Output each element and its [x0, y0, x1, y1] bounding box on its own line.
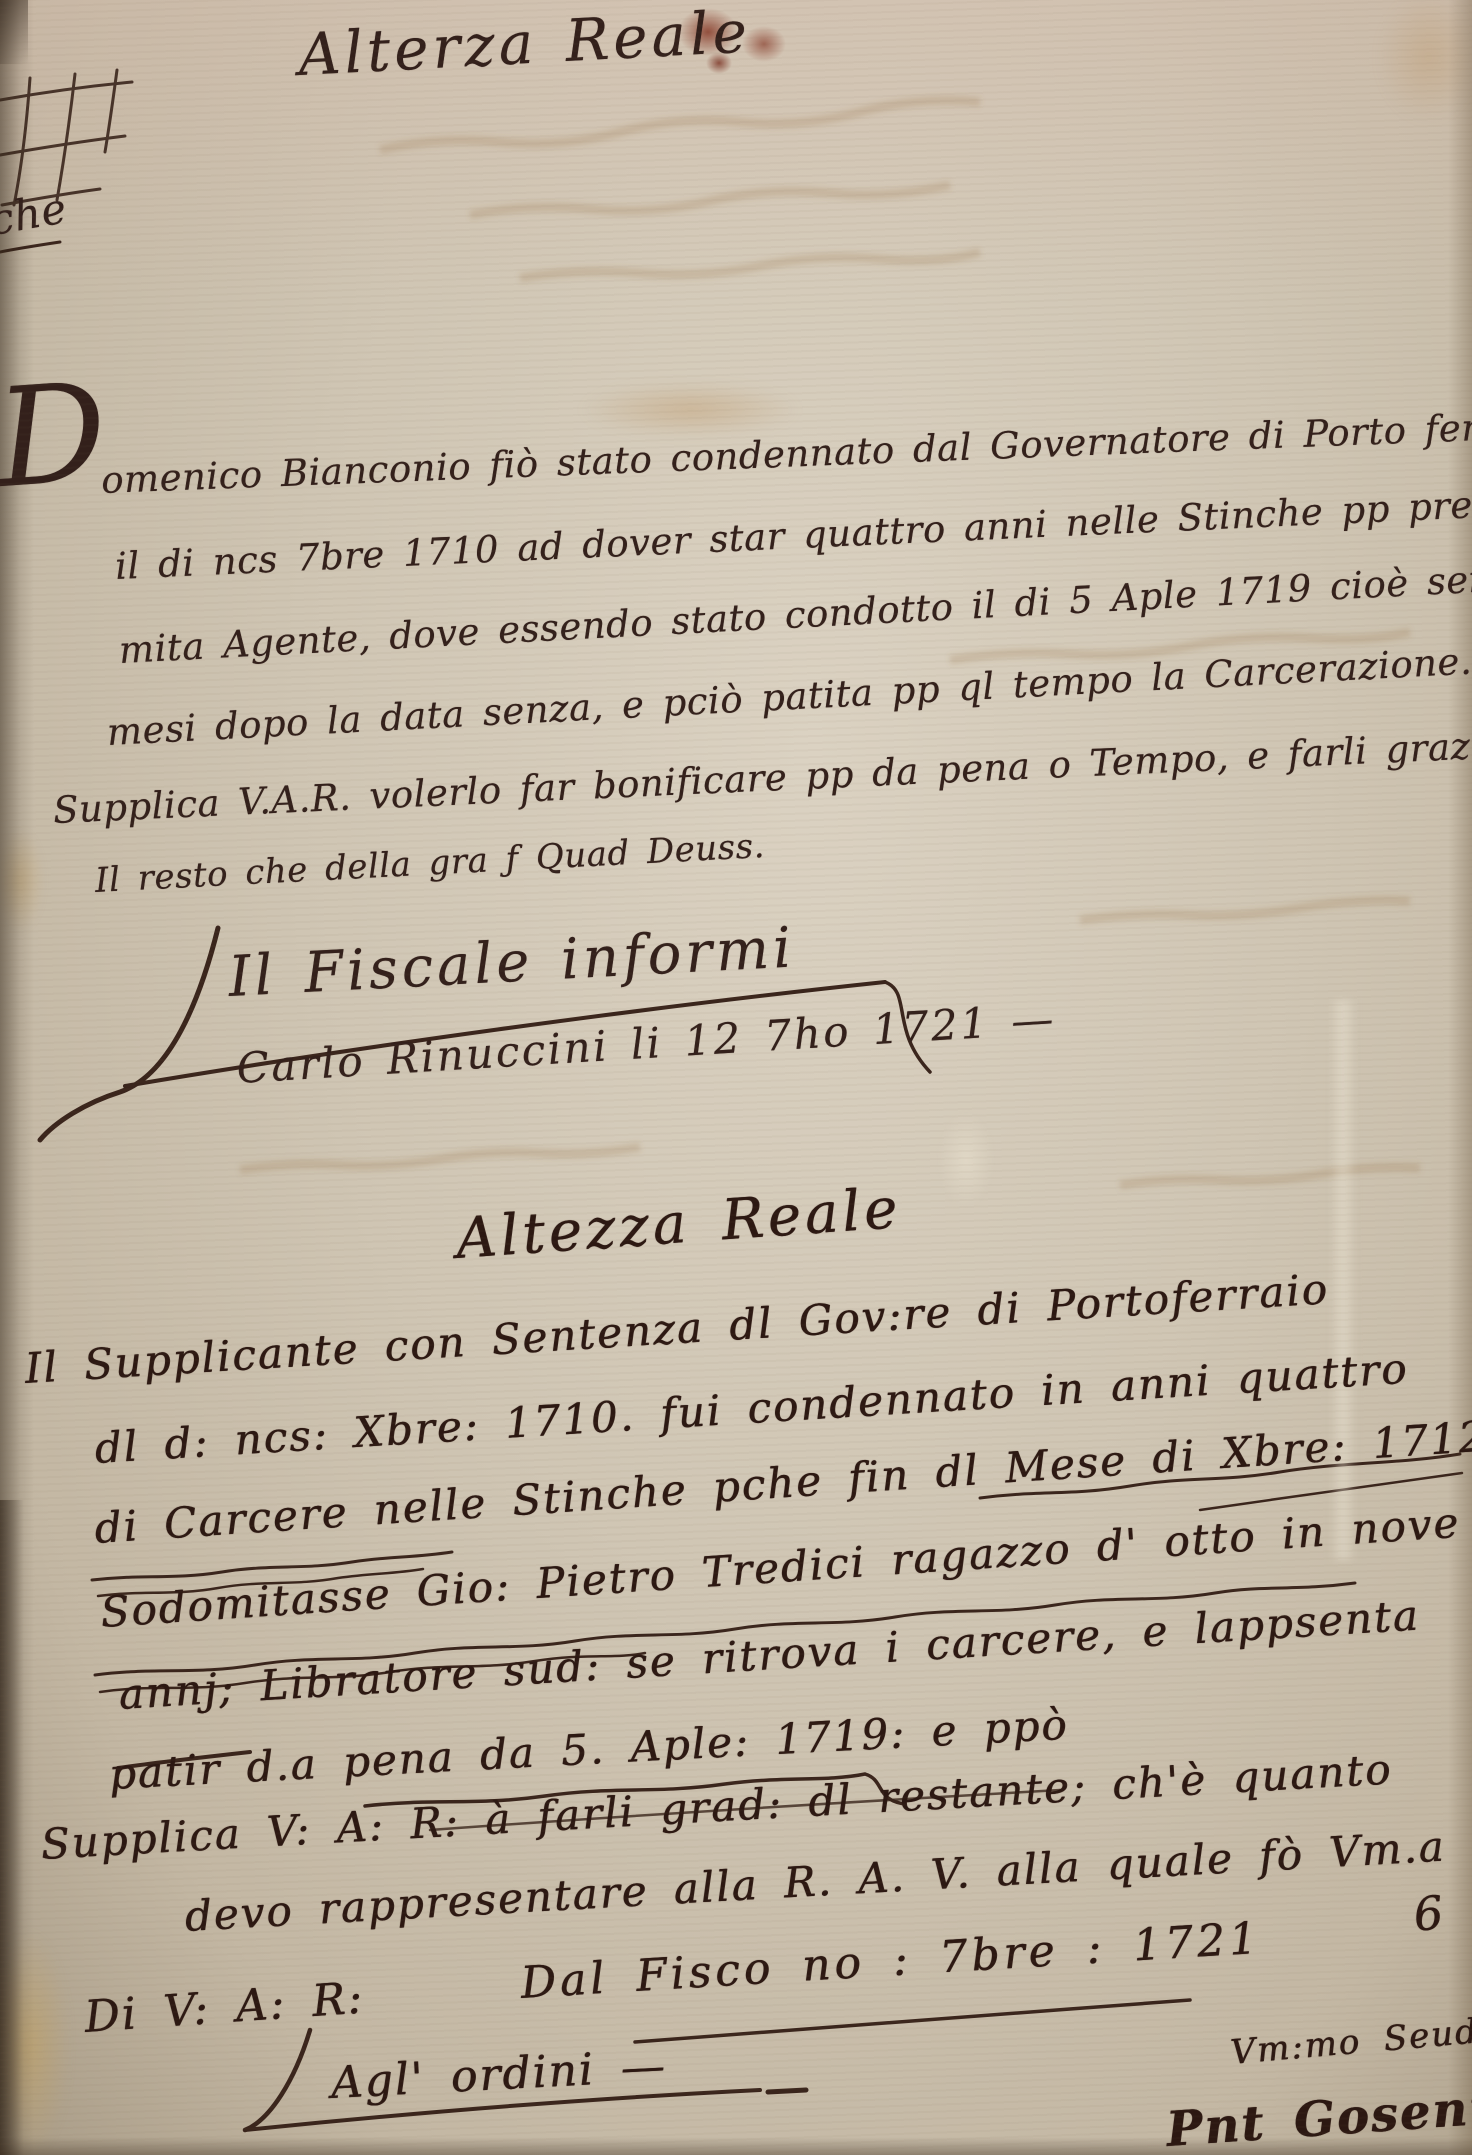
- margin-note: che: [0, 187, 70, 242]
- stain-top-right: [1378, 0, 1472, 122]
- underline-margin-note: [0, 242, 60, 252]
- stain-bottom-left: [0, 1930, 70, 2155]
- stain-smudge: [580, 382, 800, 437]
- drop-cap-initial: D: [0, 365, 111, 508]
- closing-dateline: Dal Fisco no : 7bre : 1721: [519, 1917, 1262, 2006]
- pen-trial-grid: [0, 70, 132, 205]
- petition1-line-6: Il resto che della gra ƒ Quad Deuss.: [94, 829, 765, 898]
- closing-valediction: Vm:mo Seud,: [1229, 2013, 1472, 2070]
- paper-flaw: [938, 1112, 994, 1208]
- petition1-line-1: omenico Bianconio fiò stato condennato d…: [101, 406, 1472, 499]
- petition2-tail-mark: 6: [1411, 1889, 1447, 1938]
- crease-highlight: [1330, 1000, 1356, 1560]
- closing-signature: Pnt Gosenuch Aff: [1165, 2070, 1472, 2154]
- closing-order: Agl' ordini —: [330, 2044, 668, 2106]
- second-heading: Altezza Reale: [454, 1181, 903, 1268]
- stain-left-mid: [0, 828, 44, 933]
- manuscript-page: che Alterza Reale D omenico Bianconio fi…: [0, 0, 1472, 2155]
- closing-salutation: Di V: A: R:: [83, 1977, 365, 2040]
- corner-shadow-top-left: [0, 0, 28, 64]
- gutter-shadow: [0, 0, 34, 2155]
- underline-dateline: [635, 2000, 1190, 2042]
- gutter-shadow-lower: [0, 1500, 24, 2155]
- rescript-signature-date: Carlo Rinuccini li 12 7ho 1721 —: [235, 998, 1056, 1090]
- page-title: Alterza Reale: [297, 2, 752, 84]
- rescript-order: Il Fiscale informi: [227, 920, 796, 1006]
